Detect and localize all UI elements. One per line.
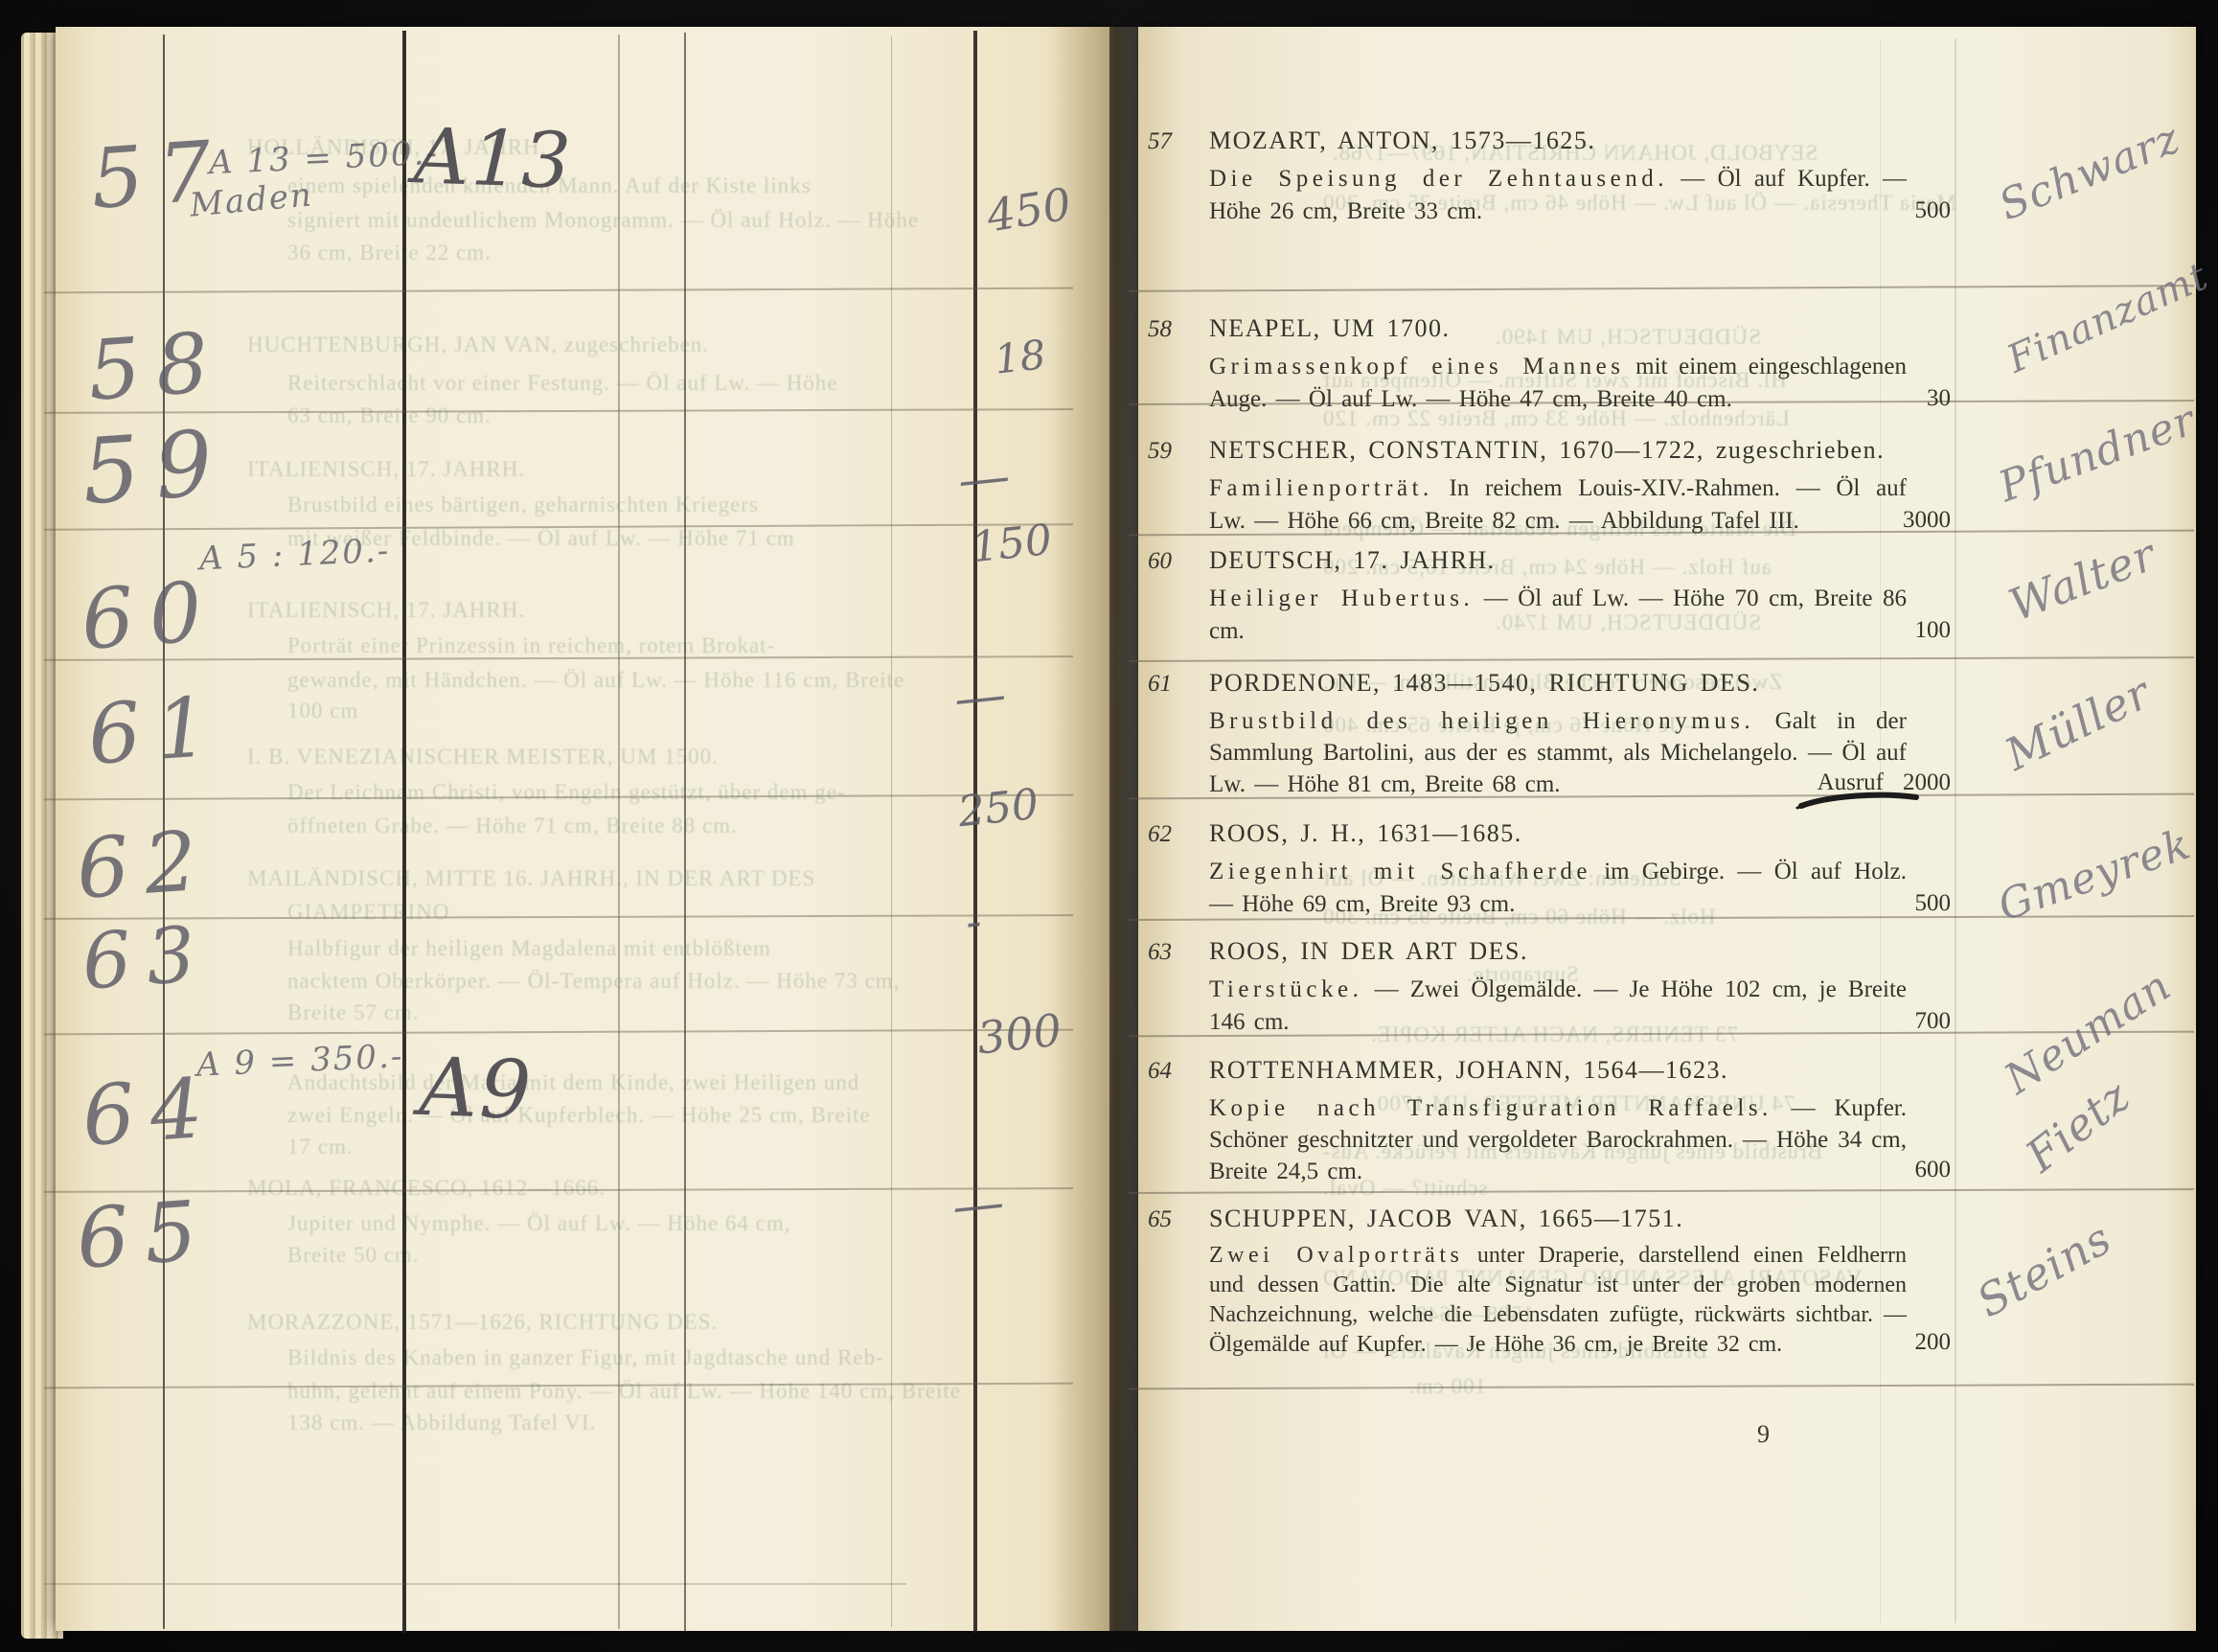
ghost-text-line: ITALIENISCH, 17. JAHRH. <box>247 599 525 621</box>
catalog-entry: NETSCHER, CONSTANTIN, 1670—1722, zugesch… <box>1209 436 1907 538</box>
lot-price: 500 <box>1797 195 1951 227</box>
auction-code-mark: A13 <box>413 118 574 200</box>
lot-number: 64 <box>1148 1058 1196 1085</box>
lot-heading: ROOS, IN DER ART DES. <box>1209 937 1907 966</box>
handwritten-lot-number: 58 <box>85 321 226 413</box>
handwritten-lot-number: 62 <box>74 819 215 911</box>
lot-description: Brustbild des heiligen Hieronymus. Galt … <box>1209 705 1907 800</box>
lot-price: 3000 <box>1797 504 1951 537</box>
ghost-text-line: öffneten Grabe. — Höhe 71 cm, Breite 88 … <box>287 815 738 837</box>
lot-number: 58 <box>1148 316 1196 343</box>
lot-heading: NETSCHER, CONSTANTIN, 1670—1722, zugesch… <box>1209 436 1907 465</box>
handwritten-note: Maden <box>189 178 314 221</box>
ghost-text-line: gewande, mit Händchen. — Öl auf Lw. — Hö… <box>287 669 904 691</box>
ghost-text-line: signiert mit undeutlichem Monogramm. — Ö… <box>287 209 919 231</box>
handwritten-lot-number: 63 <box>80 915 213 1000</box>
ghost-text-line: 63 cm, Breite 90 cm. <box>287 404 492 426</box>
lot-description: Grimassenkopf eines Mannes mit einem ein… <box>1209 351 1907 416</box>
ghost-text-line: Der Leichnam Christi, von Engeln gestütz… <box>287 781 846 803</box>
handwritten-note: A 5 : 120.- <box>198 535 391 576</box>
ghost-text-line: GIAMPETRINO <box>287 901 449 923</box>
lot-heading: MOZART, ANTON, 1573—1625. <box>1209 126 1907 155</box>
lot-price: 30 <box>1797 382 1951 415</box>
ruled-line-vertical <box>891 36 892 1627</box>
lot-description: Die Speisung der Zehntausend. — Öl auf K… <box>1209 163 1907 228</box>
auction-code-mark: A9 <box>419 1046 535 1131</box>
ghost-text-line: Brustbild eines bärtigen, geharnischten … <box>287 493 759 516</box>
lot-price: 700 <box>1797 1005 1951 1038</box>
catalog-entry: DEUTSCH, 17. JAHRH. Heiliger Hubertus. —… <box>1209 546 1907 648</box>
lot-description: Tierstücke. — Zwei Ölgemälde. — Je Höhe … <box>1209 974 1907 1039</box>
lot-heading: PORDENONE, 1483—1540, RICHTUNG DES. <box>1209 669 1907 698</box>
catalog-entry: PORDENONE, 1483—1540, RICHTUNG DES. Brus… <box>1209 669 1907 800</box>
gutter-shadow <box>1052 27 1157 1631</box>
ghost-text-line: MORAZZONE, 1571—1626, RICHTUNG DES. <box>247 1311 718 1333</box>
lot-description: Ziegenhirt mit Schafherde im Gebirge. — … <box>1209 856 1907 921</box>
ghost-text-line: Reiterschlacht vor einer Festung. — Öl a… <box>287 372 838 394</box>
page-number: 9 <box>1757 1420 1770 1449</box>
lot-number: 62 <box>1148 821 1196 848</box>
ghost-text-line: zwei Engeln. — Öl auf Kupferblech. — Höh… <box>287 1104 871 1126</box>
lot-description: Kopie nach Transfiguration Raffaels. — K… <box>1209 1092 1907 1187</box>
handwritten-lot-number: 59 <box>80 419 231 518</box>
lot-heading: ROOS, J. H., 1631—1685. <box>1209 819 1907 848</box>
handwritten-lot-number: 61 <box>85 685 226 777</box>
catalog-entry: ROTTENHAMMER, JOHANN, 1564—1623. Kopie n… <box>1209 1056 1907 1187</box>
ghost-text-line: Breite 50 cm. <box>287 1244 420 1266</box>
lot-number: 65 <box>1148 1206 1196 1233</box>
lot-description: Heiliger Hubertus. — Öl auf Lw. — Höhe 7… <box>1209 583 1907 648</box>
handwritten-note: A 13 = 500.- <box>208 137 439 179</box>
lot-number: 63 <box>1148 939 1196 966</box>
lot-description: Familienporträt. In reichem Louis-XIV.-R… <box>1209 472 1907 538</box>
ghost-text-line: nacktem Oberkörper. — Öl-Tempera auf Hol… <box>287 970 900 992</box>
ghost-text-line: Bildnis des Knaben in ganzer Figur, mit … <box>287 1346 884 1368</box>
lot-price: 500 <box>1797 887 1951 920</box>
lot-price: 100 <box>1797 614 1951 647</box>
ghost-text-line: HUCHTENBURGH, JAN VAN, zugeschrieben. <box>247 333 709 356</box>
ghost-text-line: 100 cm <box>287 700 358 722</box>
ghost-text-line: I. B. VENEZIANISCHER MEISTER, UM 1500. <box>247 746 719 768</box>
handwritten-price: 450 <box>984 181 1074 238</box>
lot-heading: SCHUPPEN, JACOB VAN, 1665—1751. <box>1209 1205 1907 1233</box>
ghost-text-line: Halbfigur der heiligen Magdalena mit ent… <box>287 937 771 959</box>
handwritten-price: 250 <box>956 784 1040 835</box>
ruled-line-horizontal <box>44 1583 906 1585</box>
ghost-text-line: 138 cm. — Abbildung Tafel VI. <box>287 1411 596 1434</box>
ghost-text-line: MOLA, FRANCESCO, 1612—1666. <box>247 1177 606 1199</box>
catalog-entry: SCHUPPEN, JACOB VAN, 1665—1751. Zwei Ova… <box>1209 1205 1907 1360</box>
lot-price: 600 <box>1797 1154 1951 1186</box>
lot-description: Zwei Ovalporträts unter Draperie, darste… <box>1209 1241 1907 1360</box>
handwritten-price: — <box>951 668 1008 724</box>
ghost-text-line: MAILÄNDISCH, MITTE 16. JAHRH., IN DER AR… <box>247 867 815 889</box>
lot-heading: DEUTSCH, 17. JAHRH. <box>1209 546 1907 575</box>
handwritten-price: 18 <box>993 334 1048 379</box>
ruled-line-vertical <box>618 34 620 1629</box>
handwritten-lot-number: 60 <box>79 570 219 662</box>
ghost-text-line: 36 cm, Breite 22 cm. <box>287 241 492 264</box>
handwritten-price: — <box>949 1176 1006 1232</box>
catalog-entry: ROOS, IN DER ART DES. Tierstücke. — Zwei… <box>1209 937 1907 1039</box>
lot-number: 60 <box>1148 548 1196 575</box>
ghost-text-line: Breite 57 cm. <box>287 1001 420 1023</box>
catalog-entry: MOZART, ANTON, 1573—1625. Die Speisung d… <box>1209 126 1907 228</box>
lot-number: 59 <box>1148 438 1196 465</box>
catalog-entry: ROOS, J. H., 1631—1685. Ziegenhirt mit S… <box>1209 819 1907 921</box>
lot-price: 200 <box>1797 1326 1951 1359</box>
catalog-entry: NEAPEL, UM 1700. Grimassenkopf eines Man… <box>1209 314 1907 416</box>
ghost-text-line: Jupiter und Nymphe. — Öl auf Lw. — Höhe … <box>287 1212 791 1234</box>
ruled-line-vertical <box>402 31 406 1633</box>
lot-heading: ROTTENHAMMER, JOHANN, 1564—1623. <box>1209 1056 1907 1085</box>
lot-heading: NEAPEL, UM 1700. <box>1209 314 1907 343</box>
handwritten-price: — <box>955 449 1012 506</box>
handwritten-price: 300 <box>975 1008 1063 1061</box>
scanned-auction-catalog-spread: HOLLÄNDISCH, 17. JAHRH.einem spielenden … <box>0 0 2218 1652</box>
handwritten-lot-number: 65 <box>74 1189 215 1281</box>
lot-number: 61 <box>1148 671 1196 698</box>
handwritten-price: 150 <box>970 519 1054 570</box>
ghost-text-line: ITALIENISCH, 17. JAHRH. <box>247 458 525 480</box>
lot-number: 57 <box>1148 128 1196 155</box>
ghost-text-line: 17 cm. <box>287 1136 354 1158</box>
ghost-text-line: Porträt einer Prinzessin in reichem, rot… <box>287 634 775 656</box>
ruled-line-vertical <box>684 33 686 1631</box>
pencil-underline-mark <box>1794 788 1928 813</box>
handwritten-note: A 9 = 350.- <box>195 1040 404 1081</box>
handwritten-lot-number: 64 <box>80 1067 220 1159</box>
